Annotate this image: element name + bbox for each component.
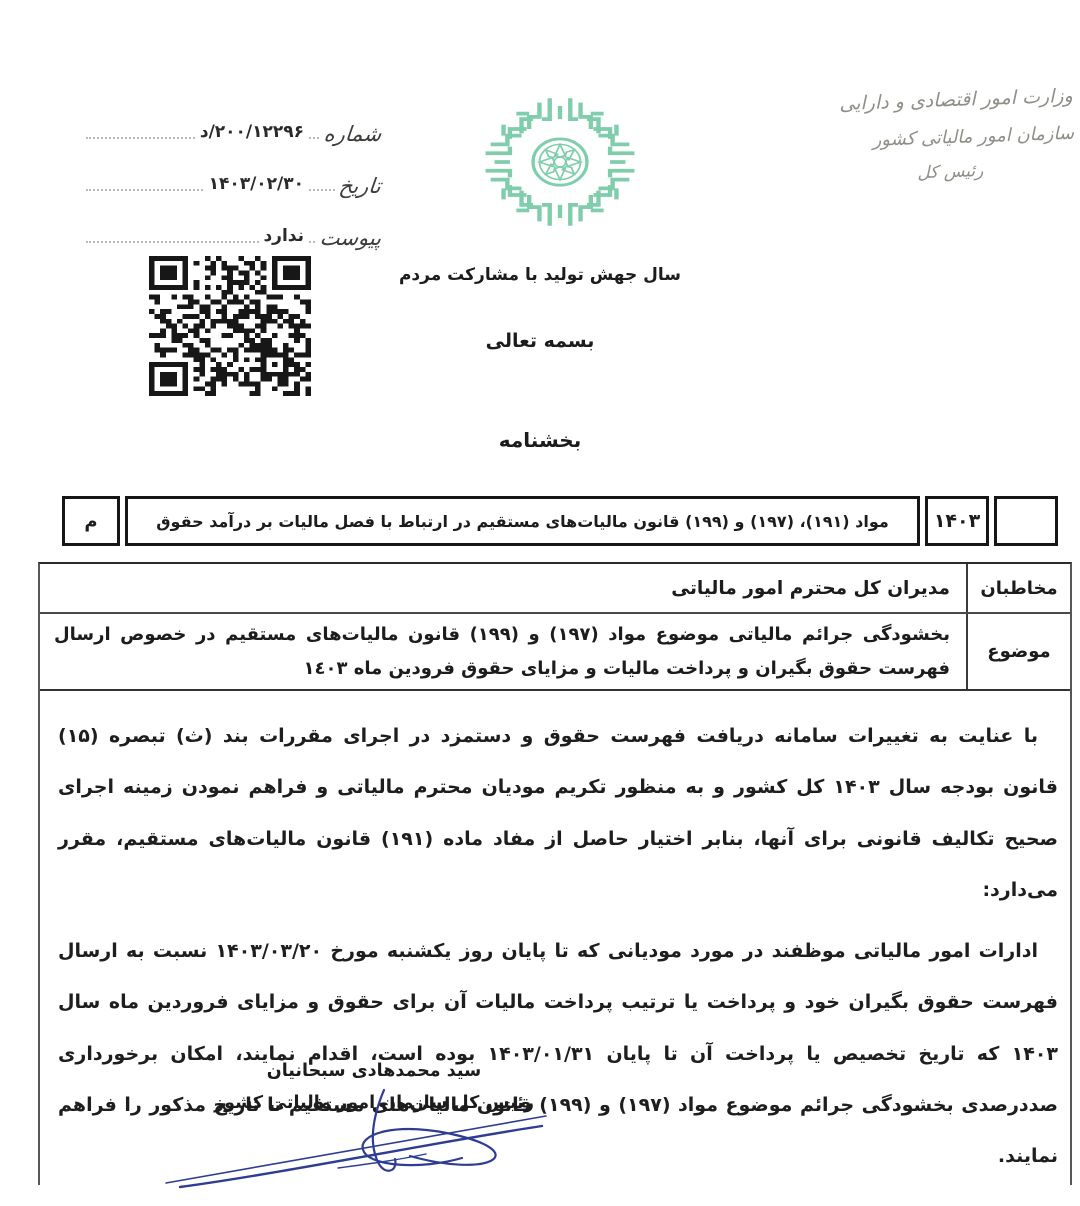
organization-name: سازمان امور مالیاتی کشور [774,123,1075,154]
attachment-row: ندارد پیوست [84,200,386,252]
date-value: ۱۴۰۳/۰۲/۳۰ [205,174,308,194]
office-name: رئیس کل [865,159,1036,185]
number-row: د/۲۰۰/۱۲۲۹۶ شماره [84,96,386,148]
classification-subject-cell: مواد (۱۹۱)، (۱۹۷) و (۱۹۹) قانون مالیات‌ه… [125,496,920,546]
recipients-value: مدیران کل محترم امور مالیاتی [40,564,966,612]
tax-administration-emblem-icon [483,96,637,228]
date-row: ۱۴۰۳/۰۲/۳۰ تاریخ [84,148,386,200]
subject-label: موضوع [966,614,1070,689]
classification-empty-cell [994,496,1058,546]
signatory-name: سید محمدهادی سبحانیان [172,1056,576,1088]
bulletin-document: د/۲۰۰/۱۲۲۹۶ شماره ۱۴۰۳/۰۲/۳۰ تاریخ ندارد… [0,0,1080,1206]
subject-value: بخشودگی جرائم مالیاتی موضوع مواد (۱۹۷) و… [40,614,966,689]
body-paragraph-2: ادارات امور مالیاتی موظفند در مورد مودیا… [58,926,1058,1182]
attachment-value: ندارد [259,226,308,246]
year-slogan: سال جهش تولید با مشارکت مردم [0,265,1080,285]
ministry-name: وزارت امور اقتصادی و دارایی [772,85,1073,117]
classification-letter-cell: م [62,496,120,546]
recipients-row: مخاطبان مدیران کل محترم امور مالیاتی [40,564,1070,614]
number-label: شماره [319,122,385,146]
meta-fields: د/۲۰۰/۱۲۲۹۶ شماره ۱۴۰۳/۰۲/۳۰ تاریخ ندارد… [84,96,386,252]
classification-table: ۱۴۰۳ مواد (۱۹۱)، (۱۹۷) و (۱۹۹) قانون مال… [62,496,1058,546]
signatory-title: رئیس کل سازمان امور مالیاتی کشور [172,1088,576,1120]
subject-row: موضوع بخشودگی جرائم مالیاتی موضوع مواد (… [40,614,1070,691]
date-label: تاریخ [335,174,385,198]
letterhead-calligraphy: وزارت امور اقتصادی و دارایی سازمان امور … [772,85,1075,188]
document-type-title: بخشنامه [0,428,1080,452]
classification-year-cell: ۱۴۰۳ [925,496,989,546]
body-paragraph-1: با عنایت به تغییرات سامانه دریافت فهرست … [58,711,1058,916]
number-value: د/۲۰۰/۱۲۲۹۶ [196,122,308,142]
recipients-label: مخاطبان [966,564,1070,612]
signature-block: سید محمدهادی سبحانیان رئیس کل سازمان امو… [172,1056,576,1119]
attachment-label: پیوست [315,226,385,250]
besmele-line: بسمه تعالی [0,330,1080,352]
